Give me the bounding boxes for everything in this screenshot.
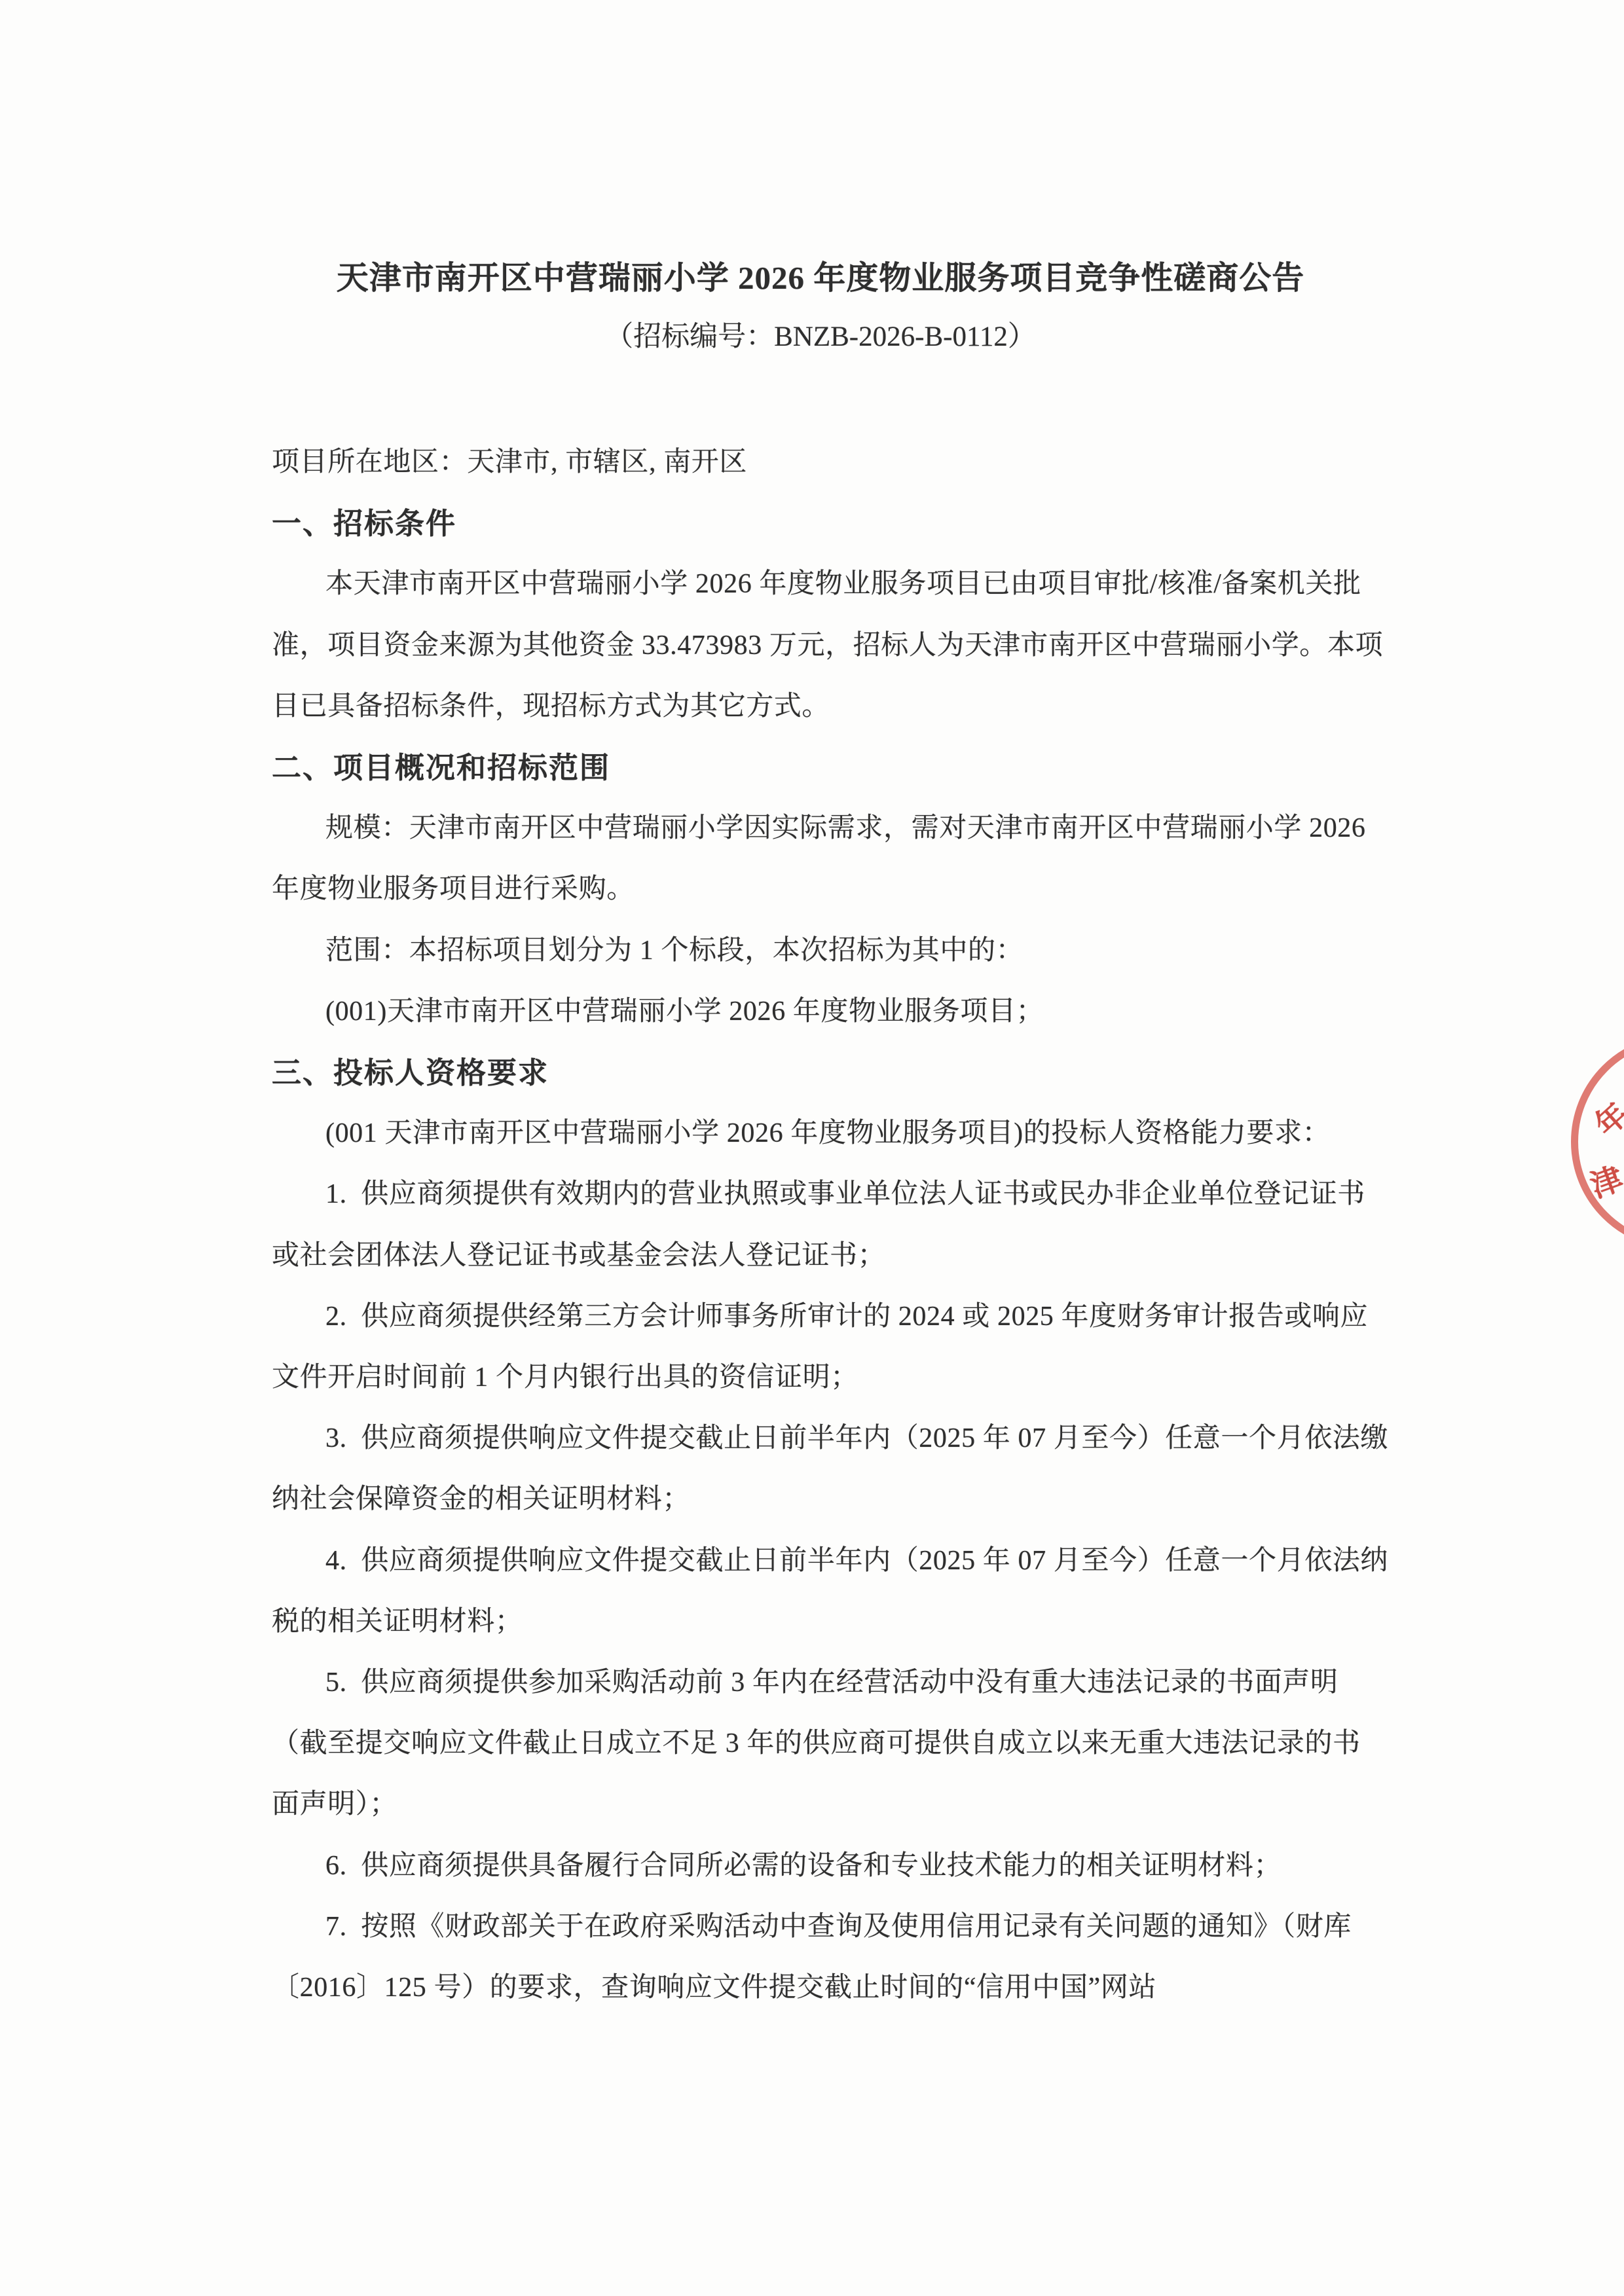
- document-line: 面声明）；: [272, 1774, 1369, 1835]
- section-heading: 二、项目概况和招标范围: [272, 737, 1369, 798]
- section-heading: 一、招标条件: [272, 493, 1369, 554]
- document-line: 年度物业服务项目进行采购。: [272, 859, 1369, 920]
- document-line: 规模：天津市南开区中营瑞丽小学因实际需求，需对天津市南开区中营瑞丽小学 2026: [272, 798, 1369, 859]
- document-line: 7. 按照《财政部关于在政府采购活动中查询及使用信用记录有关问题的通知》（财库: [272, 1897, 1369, 1958]
- document-line: (001 天津市南开区中营瑞丽小学 2026 年度物业服务项目)的投标人资格能力…: [272, 1103, 1369, 1164]
- document-line: (001)天津市南开区中营瑞丽小学 2026 年度物业服务项目；: [272, 981, 1369, 1042]
- document-line: 或社会团体法人登记证书或基金会法人登记证书；: [272, 1226, 1369, 1286]
- seal-character-fragment: 津: [1587, 1163, 1624, 1203]
- document-line: 2. 供应商须提供经第三方会计师事务所审计的 2024 或 2025 年度财务审…: [272, 1286, 1369, 1347]
- document-body: 项目所在地区：天津市, 市辖区, 南开区一、招标条件本天津市南开区中营瑞丽小学 …: [272, 432, 1369, 2018]
- section-heading: 三、投标人资格要求: [272, 1042, 1369, 1103]
- document-line: 目已具备招标条件，现招标方式为其它方式。: [272, 676, 1369, 737]
- document-line: 1. 供应商须提供有效期内的营业执照或事业单位法人证书或民办非企业单位登记证书: [272, 1164, 1369, 1225]
- document-line: 本天津市南开区中营瑞丽小学 2026 年度物业服务项目已由项目审批/核准/备案机…: [272, 554, 1369, 615]
- document-line: 4. 供应商须提供响应文件提交截止日前半年内（2025 年 07 月至今）任意一…: [272, 1531, 1369, 1592]
- document-line: 范围：本招标项目划分为 1 个标段，本次招标为其中的：: [272, 920, 1369, 981]
- document-line: 〔2016〕125 号）的要求，查询响应文件提交截止时间的“信用中国”网站: [272, 1958, 1369, 2018]
- document-line: 纳社会保障资金的相关证明材料；: [272, 1469, 1369, 1530]
- document-line: 6. 供应商须提供具备履行合同所必需的设备和专业技术能力的相关证明材料；: [272, 1836, 1369, 1897]
- document-line: 5. 供应商须提供参加采购活动前 3 年内在经营活动中没有重大违法记录的书面声明: [272, 1652, 1369, 1713]
- document-line: 准，项目资金来源为其他资金 33.473983 万元，招标人为天津市南开区中营瑞…: [272, 615, 1369, 676]
- seal-character-fragment: 年: [1590, 1098, 1624, 1142]
- document-line: 项目所在地区：天津市, 市辖区, 南开区: [272, 432, 1369, 493]
- document-title: 天津市南开区中营瑞丽小学 2026 年度物业服务项目竞争性磋商公告: [272, 253, 1369, 299]
- document-line: （截至提交响应文件截止日成立不足 3 年的供应商可提供自成立以来无重大违法记录的…: [272, 1713, 1369, 1774]
- red-seal-stamp: 年 津: [1571, 1034, 1624, 1249]
- tender-number-subtitle: （招标编号：BNZB-2026-B-0112）: [272, 314, 1369, 354]
- document-line: 文件开启时间前 1 个月内银行出具的资信证明；: [272, 1347, 1369, 1408]
- document-line: 税的相关证明材料；: [272, 1592, 1369, 1652]
- document-line: 3. 供应商须提供响应文件提交截止日前半年内（2025 年 07 月至今）任意一…: [272, 1408, 1369, 1469]
- scanned-document-page: 天津市南开区中营瑞丽小学 2026 年度物业服务项目竞争性磋商公告 （招标编号：…: [0, 0, 1624, 2296]
